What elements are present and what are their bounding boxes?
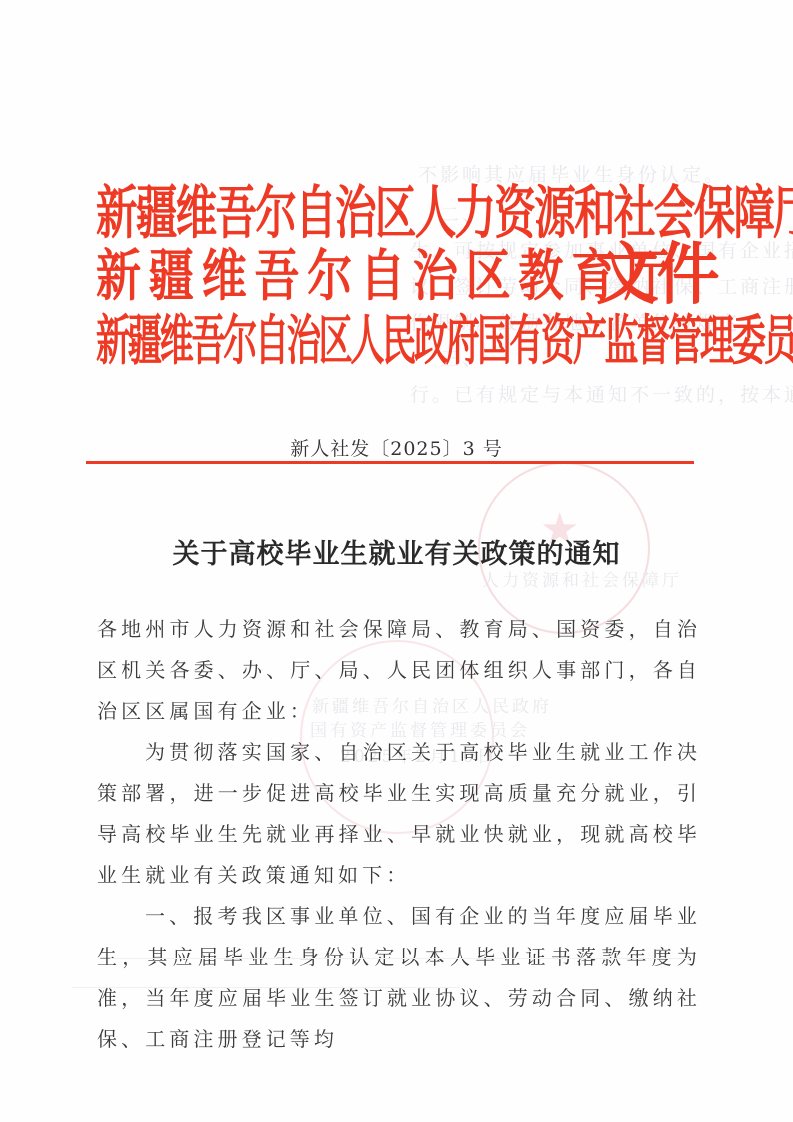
addressees: 各地州市人力资源和社会保障局、教育局、国资委，自治区机关各委、办、厅、局、人民团… (97, 609, 701, 732)
body-paragraph: 为贯彻落实国家、自治区关于高校毕业生就业工作决策部署，进一步促进高校毕业生实现高… (97, 732, 701, 896)
doc-number: 新人社发〔2025〕3 号 (0, 434, 793, 461)
red-rule-divider (86, 461, 694, 464)
scan-artifact-line (110, 958, 690, 959)
body-paragraph: 一、报考我区事业单位、国有企业的当年度应届毕业生，其应届毕业生身份认定以本人毕业… (97, 896, 701, 1060)
doc-word-wenjian: 文件 (596, 242, 718, 309)
bleed-through-line: 行。已有规定与本通知不一致的，按本通知执行。 (410, 380, 793, 407)
doc-body: 各地州市人力资源和社会保障局、教育局、国资委，自治区机关各委、办、厅、局、人民团… (97, 609, 701, 1060)
issuer-hrss: 新疆维吾尔自治区人力资源和社会保障厅 (96, 184, 793, 242)
red-header: 新疆维吾尔自治区人力资源和社会保障厅 新疆维吾尔自治区教育厅 新疆维吾尔自治区人… (96, 182, 706, 377)
document-page: 不影响其应届毕业生身份认定。 二、 生，可按规定参加事业单位、国有企业招聘，其 … (0, 0, 793, 1122)
doc-title: 关于高校毕业生就业有关政策的通知 (0, 532, 793, 571)
issuer-education: 新疆维吾尔自治区教育厅 (96, 249, 677, 304)
issuer-sasac: 新疆维吾尔自治区人民政府国有资产监督管理委员会 (96, 314, 793, 368)
scan-artifact-line (72, 987, 460, 988)
